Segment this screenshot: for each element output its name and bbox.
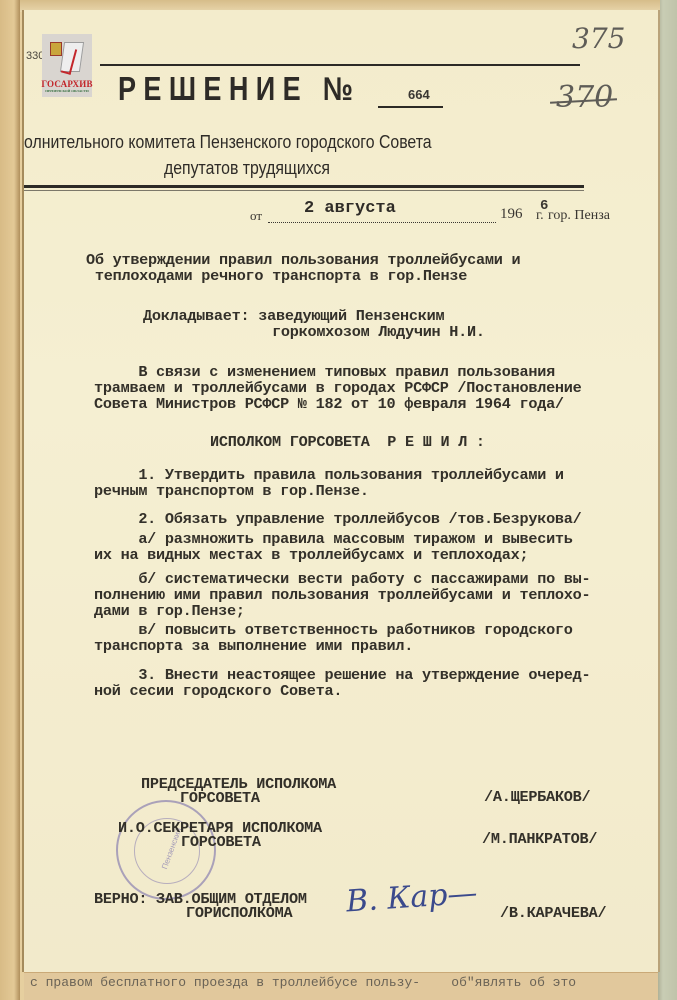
underlying-page-text: с правом бесплатного проезда в троллейбу…	[30, 975, 576, 990]
subject-line-1: Об утверждении правил пользования тролле…	[86, 252, 520, 268]
year-prefix: 196	[500, 206, 523, 223]
header-bottom-rule-thin	[24, 190, 584, 191]
chair-title-2: ГОРСОВЕТА	[180, 790, 260, 806]
logo-subtitle: ПЕНЗЕНСКОЙ ОБЛАСТИ	[45, 89, 88, 93]
decision-number-line	[378, 106, 443, 108]
certified-name: /В.КАРАЧЕВА/	[500, 905, 606, 921]
issuer-line-1: олнительного комитета Пензенского городс…	[24, 132, 582, 153]
certified-title-2: ГОРИСПОЛКОМА	[186, 905, 292, 921]
item-3-line-2: ной сесии городского Совета.	[94, 683, 342, 699]
subject-line-2: теплоходами речного транспорта в гор.Пен…	[86, 268, 467, 284]
underlying-page: с правом бесплатного проезда в троллейбу…	[24, 972, 658, 1000]
reporter-line-2: горкомхозом Людучин Н.И.	[272, 324, 485, 340]
preamble-line-2: трамваем и троллейбусами в городах РСФСР…	[94, 380, 582, 396]
city: гор. Пенза	[548, 208, 610, 224]
item-3-line-1: 3. Внести неастоящее решение на утвержде…	[94, 667, 590, 683]
reporter-line-1: Докладывает: заведующий Пензенским	[143, 308, 444, 324]
item-2b-line-1: б/ систематически вести работу с пассажи…	[94, 571, 590, 587]
item-2v-line-2: транспорта за выполнение ими правил.	[94, 638, 413, 654]
date-dotted-line	[268, 222, 496, 223]
item-1-line-2: речным транспортом в гор.Пензе.	[94, 483, 369, 499]
preamble-line-1: В связи с изменением типовых правил поль…	[94, 364, 555, 380]
secretary-title-2: ГОРСОВЕТА	[181, 834, 261, 850]
date-prefix: от	[250, 208, 262, 224]
item-2a-line-1: а/ размножить правила массовым тиражом и…	[94, 531, 573, 547]
header-bottom-rule	[24, 185, 584, 188]
folder-right-edge	[657, 0, 677, 1000]
chair-name: /А.ЩЕРБАКОВ/	[484, 789, 590, 805]
decision-date: 2 августа	[304, 199, 396, 218]
header-top-rule	[100, 64, 580, 66]
pencil-sheet-number: 375	[572, 22, 625, 55]
resolution-heading: ИСПОЛКОМ ГОРСОВЕТА Р Е Ш И Л :	[210, 434, 485, 450]
dateline: от 2 августа 196 г. 6 гор. Пенза	[250, 204, 590, 226]
item-2v-line-1: в/ повысить ответственность работников г…	[94, 622, 573, 638]
archive-logo: ГОСАРХИВ ПЕНЗЕНСКОЙ ОБЛАСТИ	[42, 34, 92, 97]
preamble-line-3: Совета Министров РСФСР № 182 от 10 февра…	[94, 396, 564, 412]
item-2-line-1: 2. Обязать управление троллейбусов /тов.…	[94, 511, 582, 527]
page-title: РЕШЕНИЕ №	[118, 70, 360, 108]
item-2b-line-2: полнению ими правил пользования троллейб…	[94, 587, 590, 603]
pencil-old-sheet-number: 370	[556, 80, 613, 115]
item-1-line-1: 1. Утвердить правила пользования троллей…	[94, 467, 564, 483]
issuer-line-2: депутатов трудящихся	[164, 158, 677, 179]
secretary-name: /М.ПАНКРАТОВ/	[482, 831, 597, 847]
decision-number: 664	[408, 87, 430, 102]
item-2b-line-3: дами в гор.Пензе;	[94, 603, 245, 619]
coat-of-arms-icon	[50, 42, 62, 56]
logo-title: ГОСАРХИВ	[41, 79, 92, 89]
folder-left-edge	[0, 0, 20, 1000]
item-2a-line-2: их на видных местах в троллейбусамх и те…	[94, 547, 528, 563]
